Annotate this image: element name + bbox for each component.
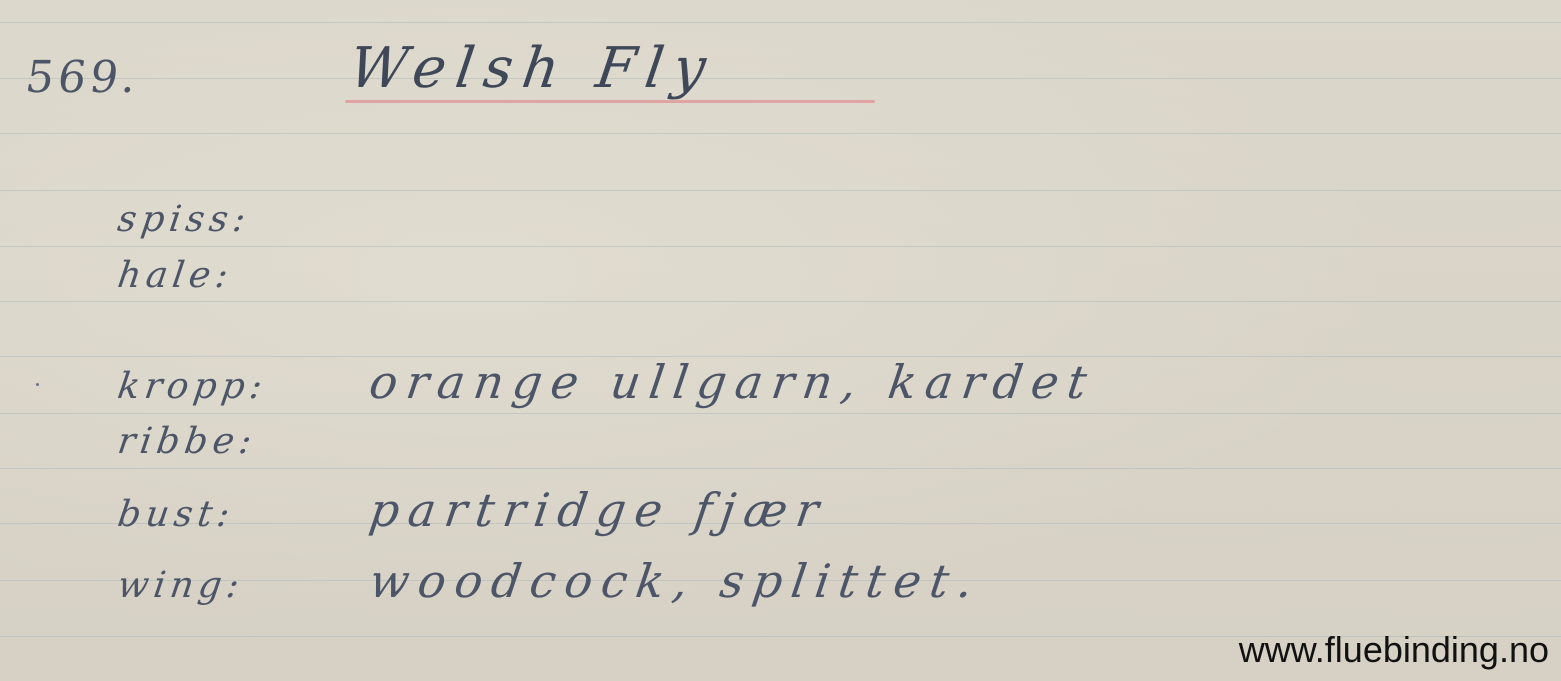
- ruled-line: [0, 413, 1561, 414]
- stray-ink-dot: [36, 383, 39, 386]
- ruled-line: [0, 78, 1561, 79]
- entry-title: Welsh Fly: [345, 36, 719, 101]
- field-label: hale:: [115, 255, 235, 296]
- ruled-line: [0, 190, 1561, 191]
- field-value: partridge fjær: [366, 483, 831, 537]
- title-underline: [345, 100, 875, 103]
- field-label: kropp:: [115, 366, 270, 407]
- field-label: ribbe:: [115, 421, 259, 462]
- ruled-line: [0, 133, 1561, 134]
- ruled-line: [0, 468, 1561, 469]
- ruled-line: [0, 22, 1561, 23]
- field-value: orange ullgarn, kardet: [366, 355, 1099, 409]
- website-watermark: www.fluebinding.no: [1239, 629, 1549, 671]
- field-label: bust:: [115, 494, 237, 535]
- entry-number: 569.: [22, 52, 143, 103]
- notebook-page: 569. Welsh Fly spiss: hale: kropp: orang…: [0, 0, 1561, 681]
- ruled-line: [0, 301, 1561, 302]
- ruled-line: [0, 246, 1561, 247]
- field-value: woodcock, splittet.: [366, 554, 985, 608]
- field-label: wing:: [115, 565, 246, 606]
- field-label: spiss:: [115, 199, 253, 240]
